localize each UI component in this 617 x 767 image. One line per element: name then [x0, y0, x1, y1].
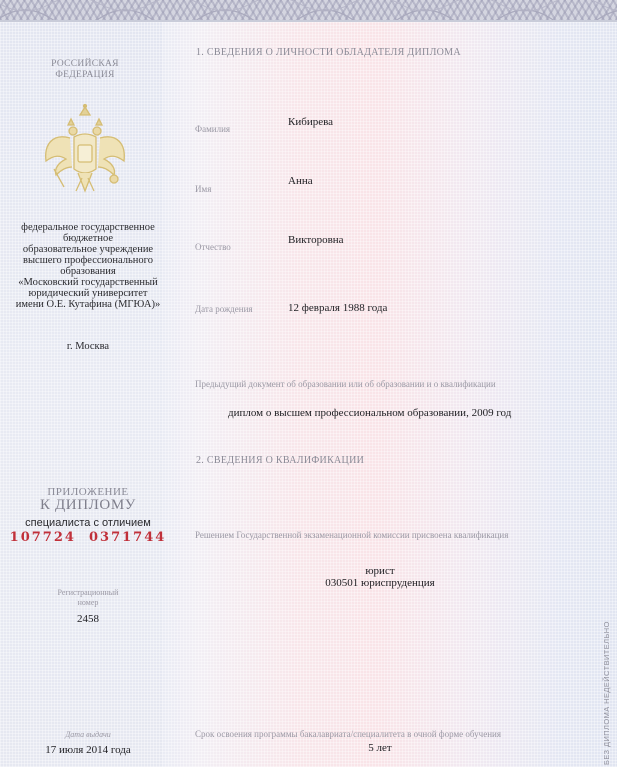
institution-line: бюджетное [0, 233, 176, 244]
birth-date-value: 12 февраля 1988 года [288, 302, 387, 314]
serial-number: 107724 0371744 [0, 530, 176, 545]
reg-number-label-line2: номер [0, 598, 176, 607]
russian-coat-of-arms-icon [40, 103, 130, 198]
section2-heading: 2. СВЕДЕНИЯ О КВАЛИФИКАЦИИ [196, 455, 364, 466]
doc-subtitle: специалиста с отличием [0, 517, 176, 529]
issue-date-label: Дата выдачи [0, 730, 176, 739]
institution-line: образования [0, 266, 176, 277]
qualification-decision-label: Решением Государственной экзаменационной… [195, 530, 508, 540]
issue-date: 17 июля 2014 года [0, 744, 176, 756]
section1-heading: 1. СВЕДЕНИЯ О ЛИЧНОСТИ ОБЛАДАТЕЛЯ ДИПЛОМ… [196, 47, 461, 58]
validity-side-note: БЕЗ ДИПЛОМА НЕДЕЙСТВИТЕЛЬНО [602, 621, 611, 765]
reg-number-label-line1: Регистрационный [0, 588, 176, 597]
study-duration-value: 5 лет [180, 742, 580, 754]
prev-document-value: диплом о высшем профессиональном образов… [228, 407, 511, 419]
institution-line: юридический университет [0, 288, 176, 299]
surname-label: Фамилия [195, 124, 230, 134]
doc-title-line2: К ДИПЛОМУ [0, 497, 176, 514]
patronymic-label: Отчество [195, 242, 231, 252]
patronymic-value: Викторовна [288, 234, 344, 246]
country-name-line2: ФЕДЕРАЦИЯ [0, 70, 170, 80]
reg-number: 2458 [0, 613, 176, 625]
qualification-value: юрист [180, 565, 580, 577]
city: г. Москва [0, 341, 176, 352]
study-duration-label: Срок освоения программы бакалавриата/спе… [195, 729, 501, 739]
country-name-line1: РОССИЙСКАЯ [0, 59, 170, 69]
prev-document-label: Предыдущий документ об образовании или о… [195, 379, 496, 389]
institution-line: образовательное учреждение [0, 244, 176, 255]
institution-line: федеральное государственное [0, 222, 176, 233]
guilloche-border [0, 0, 617, 22]
birth-date-label: Дата рождения [195, 304, 253, 314]
diploma-supplement-page: РОССИЙСКАЯ ФЕДЕРАЦИЯ федеральное [0, 0, 617, 767]
name-value: Анна [288, 175, 313, 187]
specialty-value: 030501 юриспруденция [180, 577, 580, 589]
name-label: Имя [195, 184, 211, 194]
institution-line: имени О.Е. Кутафина (МГЮА)» [0, 299, 176, 310]
institution-line: «Московский государственный [0, 277, 176, 288]
institution-line: высшего профессионального [0, 255, 176, 266]
surname-value: Кибирева [288, 116, 333, 128]
